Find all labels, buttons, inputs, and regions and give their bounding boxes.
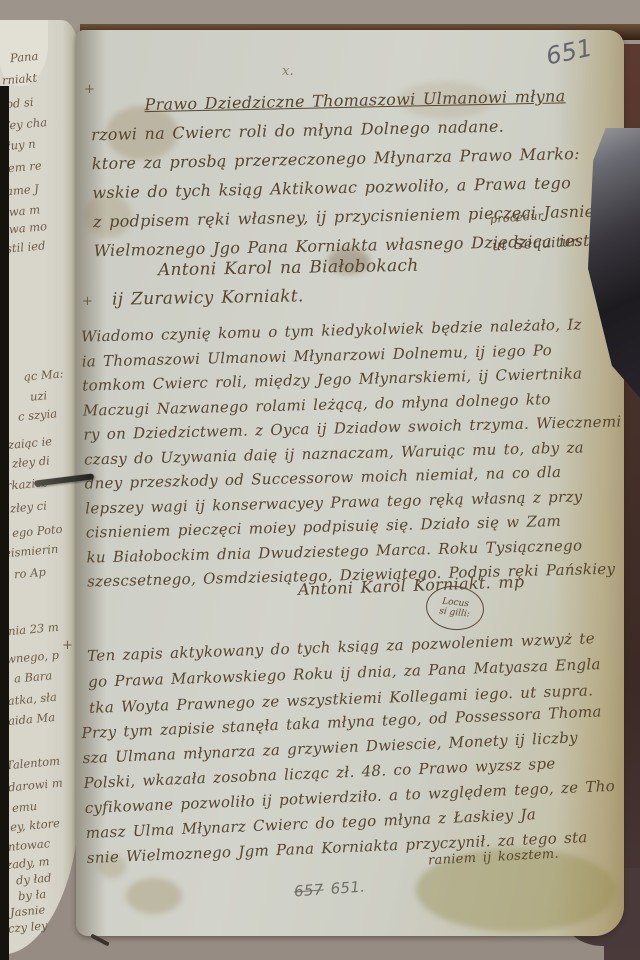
facing-page-text-fragment: łatka, sła [3,690,57,709]
facing-page-text-fragment: ame J [5,182,39,199]
manuscript-page: 651 x. + + + Prawo Dziedziczne Thomaszow… [76,30,624,936]
facing-page-text-fragment: ey, ktore [9,816,60,834]
facing-page-text-fragment: zaiąc ie [7,434,52,452]
payment-note: Przy tym zapisie stanęła taka młyna tego… [81,699,617,871]
heading-grantor-line1: Antoni Karol na Białobokach [158,256,419,281]
facing-page-text-fragment: ntowac [7,836,50,854]
facing-page-text-fragment: Talentom [5,754,60,773]
facing-page-text-fragment: a Bara [13,668,52,685]
cross-margin-mark: + [62,638,73,653]
facing-page-text-fragment: zady, m [5,854,50,872]
facing-page-text-fragment: dy ład [15,870,52,887]
facing-page-text-fragment: stil ied [5,238,45,255]
facing-page-text-fragment: ro Ap [13,565,46,582]
facing-page-text-fragment: złey ci [9,498,47,515]
facing-page-text-fragment: emu [11,799,37,815]
facing-page-text-fragment: czy ley [7,918,48,935]
facing-page-text-fragment: eismierin [3,542,58,561]
page-number-bottom: 657 651. [293,878,365,901]
facing-page-text-fragment: aida Ma [7,710,55,728]
facing-page-text-fragment: rniakt [1,71,37,88]
facing-page-text-fragment: wnego, p [5,648,59,667]
photo-left-dark-edge [0,86,9,960]
facing-page-text-fragment: Jasnie [9,902,45,919]
page-number-bottom-struck: 657 [293,880,324,900]
facing-page-text-fragment: ąc Ma: [23,366,64,383]
seal-text-line2: si gilli: [439,606,471,619]
facing-page-text-fragment: uzi [29,388,47,403]
facing-page-text-fragment: ego Poto [11,522,63,540]
facing-page-text-fragment: od si [5,95,34,111]
body-paragraph: Wiadomo czynię komu o tym kiedykolwiek b… [81,311,626,594]
page-number-bottom-current: 651. [330,878,366,898]
x-margin-mark: x. [282,64,294,79]
facing-page-text-fragment: darowi m [7,776,63,795]
paper-stain [126,878,182,914]
facing-page-text-fragment: nia 23 m [7,620,59,638]
facing-page-text-fragment: Pana [9,49,38,65]
manuscript-photo: Panarniaktod siFey chaałuy nsem reame Ja… [0,0,640,960]
facing-page-text-fragment: by ła [17,887,46,903]
heading-grantor-line2: ij Zurawicy Korniakt. [112,286,304,309]
facing-page-text-fragment: c szyia [17,406,57,423]
facing-page-text-fragment: złey di [11,453,50,470]
cross-margin-mark: + [82,294,93,309]
